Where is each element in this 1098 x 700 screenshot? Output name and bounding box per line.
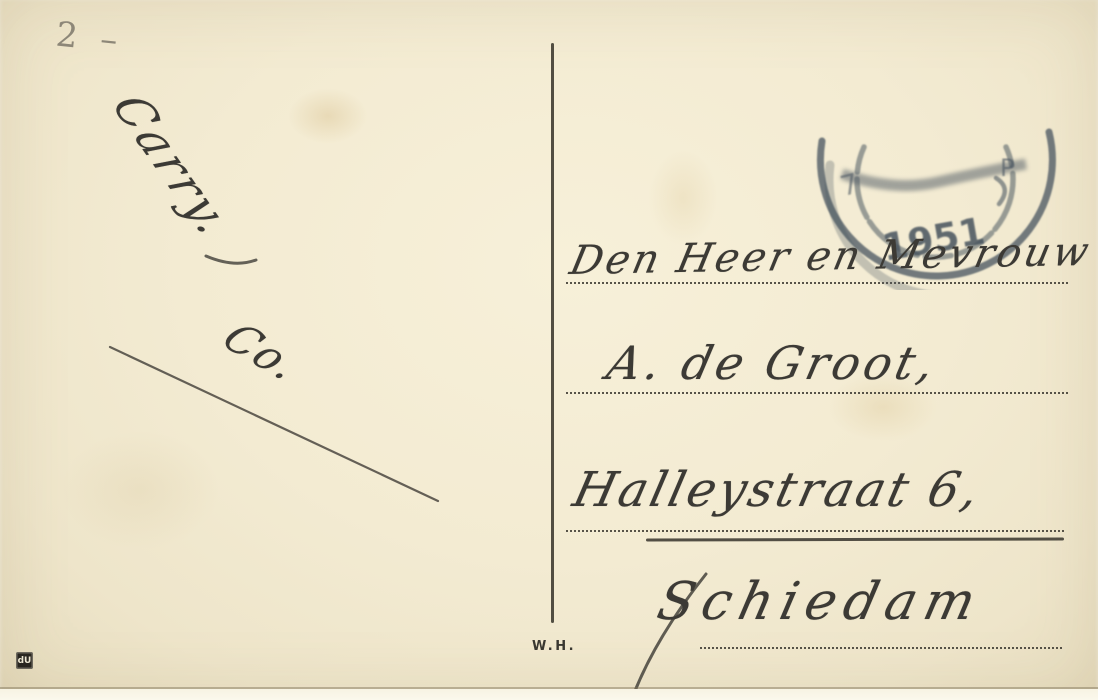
address-rule-4 [700, 647, 1062, 649]
address-line-2: A. de Groot, [602, 336, 943, 390]
postmark-center-smudge-dark [858, 178, 942, 185]
address-underline-stroke [646, 537, 1064, 541]
carry-underline-flourish [206, 256, 256, 263]
address-line-1: Den Heer en Mevrouw [566, 229, 1096, 284]
pencil-price-note: 2 – [54, 15, 125, 62]
publisher-logo: dU [16, 652, 33, 669]
postmark-digit: 7 [837, 166, 862, 202]
publisher-initials: W.H. [532, 639, 576, 654]
sender-note-line1: Carry. [100, 88, 247, 243]
postmark-letter: P [1000, 154, 1014, 182]
postmark-curl-mark [996, 178, 1005, 204]
address-line-4: Schiedam [652, 572, 989, 632]
address-rule-3 [566, 530, 1064, 532]
postcard-back: 2 – Carry. Co. [0, 0, 1098, 700]
sender-note-line2: Co. [212, 314, 311, 389]
divider-line [551, 43, 554, 623]
paper-stain [288, 88, 368, 144]
paper-stain [648, 150, 718, 246]
address-line-3: Halleystraat 6, [568, 462, 987, 518]
paper-stain [60, 430, 220, 550]
card-bottom-margin [0, 689, 1098, 700]
address-rule-2 [566, 392, 1068, 394]
postmark-center-smudge [842, 164, 1026, 186]
